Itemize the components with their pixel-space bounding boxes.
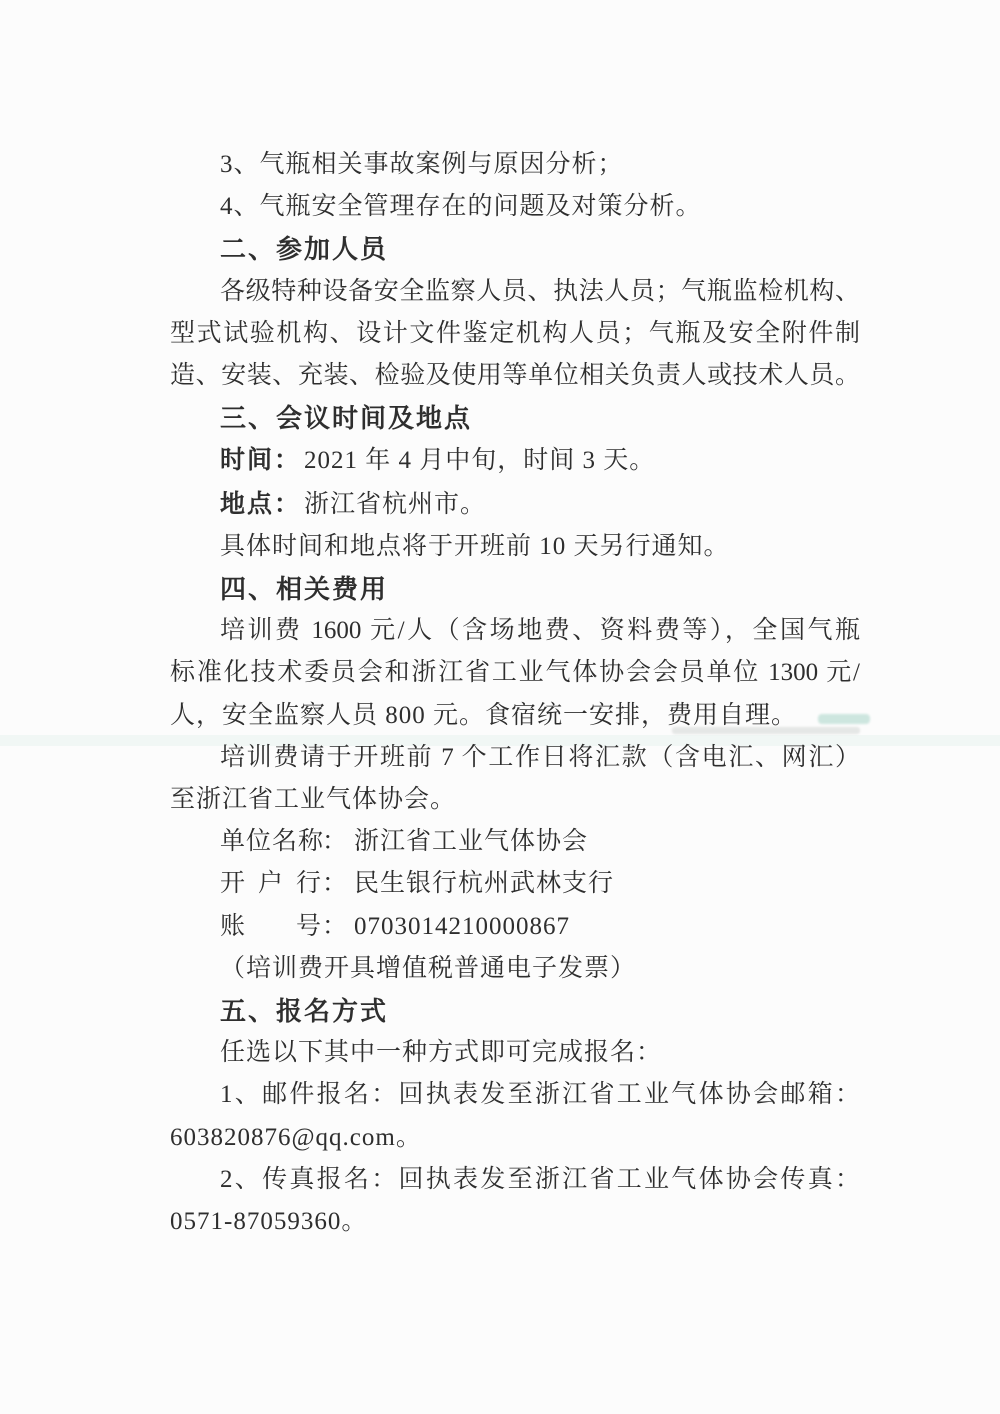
field-colon: ： [322,870,348,897]
text-line: 3、气瓶相关事故案例与原因分析； [170,144,860,186]
section-heading: 三、会议时间及地点 [170,397,860,439]
text-line: 单位名称：浙江省工业气体协会 [170,821,860,863]
field-label: 账号 [220,906,322,948]
document-page: 3、气瓶相关事故案例与原因分析；4、气瓶安全管理存在的问题及对策分析。二、参加人… [0,0,1000,1414]
field-value: 2021 年 4 月中旬，时间 3 天。 [304,447,655,474]
text-line: 2、传真报名：回执表发至浙江省工业气体协会传真： [170,1159,860,1201]
text-line: 型式试验机构、设计文件鉴定机构人员；气瓶及安全附件制 [170,313,860,355]
document-body: 3、气瓶相关事故案例与原因分析；4、气瓶安全管理存在的问题及对策分析。二、参加人… [170,144,860,1243]
section-heading: 四、相关费用 [170,568,860,610]
field-value: 民生银行杭州武林支行 [354,870,614,897]
field-colon: ： [274,490,300,518]
text-line: 人，安全监察人员 800 元。食宿统一安排，费用自理。 [170,695,860,737]
text-line: 603820876@qq.com。 [170,1117,860,1159]
field-value: 浙江省工业气体协会 [354,828,588,855]
field-colon: ： [274,446,300,474]
field-colon: ： [322,913,348,940]
text-line: 1、邮件报名：回执表发至浙江省工业气体协会邮箱： [170,1074,860,1116]
field-label: 地点 [220,490,274,518]
text-line: 0571-87059360。 [170,1201,860,1243]
text-line: 开户行：民生银行杭州武林支行 [170,863,860,905]
text-line: 至浙江省工业气体协会。 [170,779,860,821]
text-line: 4、气瓶安全管理存在的问题及对策分析。 [170,186,860,228]
text-line: 账号：0703014210000867 [170,906,860,948]
text-line: 具体时间和地点将于开班前 10 天另行通知。 [170,526,860,568]
text-line: 造、安装、充装、检验及使用等单位相关负责人或技术人员。 [170,355,860,397]
field-label: 开户行 [220,863,322,905]
field-label: 单位名称 [220,821,322,863]
field-value: 浙江省杭州市。 [304,491,486,518]
text-line: 培训费请于开班前 7 个工作日将汇款（含电汇、网汇） [170,737,860,779]
text-line: 各级特种设备安全监察人员、执法人员；气瓶监检机构、 [170,271,860,313]
text-line: 培训费 1600 元/人（含场地费、资料费等），全国气瓶 [170,610,860,652]
field-colon: ： [322,828,348,855]
text-line: 时间：2021 年 4 月中旬，时间 3 天。 [170,439,860,482]
field-label: 时间 [220,446,274,474]
field-value: 0703014210000867 [354,913,570,940]
section-heading: 二、参加人员 [170,228,860,270]
section-heading: 五、报名方式 [170,990,860,1032]
text-line: 地点：浙江省杭州市。 [170,483,860,526]
text-line: 标准化技术委员会和浙江省工业气体协会会员单位 1300 元/ [170,652,860,694]
text-line: 任选以下其中一种方式即可完成报名： [170,1032,860,1074]
text-line: （培训费开具增值税普通电子发票） [170,948,860,990]
